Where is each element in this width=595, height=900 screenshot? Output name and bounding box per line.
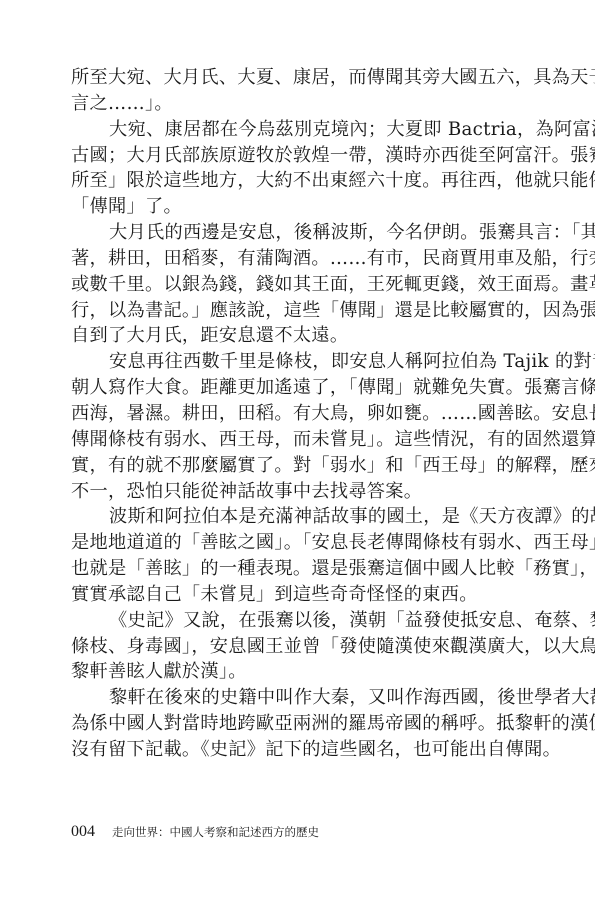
text-line: 行，以為書記。」應該說，這些「傳聞」還是比較屬實的，因為張騫親 [71,298,491,324]
page-number: 004 [71,823,112,841]
body-text: 所至大宛、大月氏、大夏、康居，而傳聞其旁大國五六，具為天子 言之……」。 大宛、… [71,65,491,763]
paragraph-start-line: 安息再往西數千里是條枝，即安息人稱阿拉伯為 Tajik 的對音，唐 [71,349,491,375]
text-line: 西海，暑濕。耕田，田稻。有大鳥，卵如甕。……國善眩。安息長老 [71,401,491,427]
text-line: 古國；大月氏部族原遊牧於敦煌一帶，漢時亦西徙至阿富汗。張騫「身 [71,143,491,169]
text-line: 自到了大月氏，距安息還不太遠。 [71,323,491,349]
paragraph-start-line: 大月氏的西邊是安息，後稱波斯，今名伊朗。張騫具言：「其俗土 [71,220,491,246]
text-line: 不一，恐怕只能從神話故事中去找尋答案。 [71,479,491,505]
text-line: 所至」限於這些地方，大約不出東經六十度。再往西，他就只能依賴 [71,168,491,194]
text-line: 也就是「善眩」的一種表現。還是張騫這個中國人比較「務實」，老老 [71,556,491,582]
text-line: 沒有留下記載。《史記》記下的這些國名，也可能出自傳聞。 [71,737,491,763]
text-line: 言之……」。 [71,91,491,117]
text-line: 或數千里。以銀為錢，錢如其王面，王死輒更錢，效王面焉。畫革旁 [71,272,491,298]
text-line: 條枝、身毒國」，安息國王並曾「發使隨漢使來觀漢廣大，以大鳥卵及 [71,634,491,660]
paragraph-start-line: 波斯和阿拉伯本是充滿神話故事的國土，是《天方夜譚》的故鄉， [71,504,491,530]
text-line: 傳聞條枝有弱水、西王母，而未嘗見」。這些情況，有的固然還算屬 [71,427,491,453]
text-line: 實實承認自己「未嘗見」到這些奇奇怪怪的東西。 [71,582,491,608]
text-line: 是地地道道的「善眩之國」。「安息長老傳聞條枝有弱水、西王母」， [71,530,491,556]
text-line: 為係中國人對當時地跨歐亞兩洲的羅馬帝國的稱呼。抵黎軒的漢使並 [71,711,491,737]
text-line: 著，耕田，田稻麥，有蒲陶酒。……有市，民商賈用車及船，行旁國 [71,246,491,272]
text-line: 實，有的就不那麼屬實了。對「弱水」和「西王母」的解釋，歷來說法 [71,453,491,479]
text-line: 朝人寫作大食。距離更加遙遠了，「傳聞」就難免失實。張騫言條枝「臨 [71,375,491,401]
book-page: 所至大宛、大月氏、大夏、康居，而傳聞其旁大國五六，具為天子 言之……」。 大宛、… [0,0,595,900]
running-title: 走向世界：中國人考察和記述西方的歷史 [112,824,319,840]
text-line: 黎軒善眩人獻於漢」。 [71,659,491,685]
page-footer: 004 走向世界：中國人考察和記述西方的歷史 [71,822,319,842]
text-line: 所至大宛、大月氏、大夏、康居，而傳聞其旁大國五六，具為天子 [71,65,491,91]
text-line: 「傳聞」了。 [71,194,491,220]
paragraph-start-line: 大宛、康居都在今烏茲別克境內；大夏即 Bactria，為阿富汗北部 [71,117,491,143]
paragraph-start-line: 《史記》又說，在張騫以後，漢朝「益發使抵安息、奄蔡、黎軒、 [71,608,491,634]
paragraph-start-line: 黎軒在後來的史籍中叫作大秦，又叫作海西國，後世學者大都認 [71,685,491,711]
